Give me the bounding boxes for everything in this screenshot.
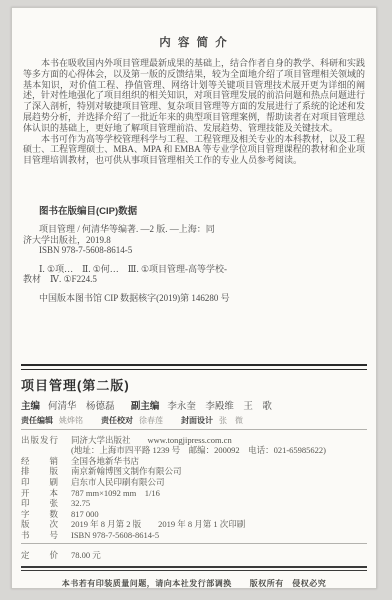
pub-value: 32.75 xyxy=(71,498,90,509)
pub-value: 全国各地新华书店 xyxy=(71,456,139,467)
cip-line: Ⅰ. ①项… Ⅱ. ①何… Ⅲ. ①项目管理-高等学校- xyxy=(23,264,356,275)
intro-paragraph-1: 本书在吸收国内外项目管理最新成果的基础上，结合作者自身的教学、科研和实践等多方面… xyxy=(23,58,365,134)
staff-row: 责任编辑姚烨铭 责任校对徐春莲 封面设计张 微 xyxy=(21,415,376,426)
pub-value: 南京新翰博图文制作有限公司 xyxy=(71,466,182,477)
cip-line: ISBN 978-7-5608-8614-5 xyxy=(23,245,356,256)
staff-label: 封面设计 xyxy=(181,416,213,425)
intro-paragraph-2: 本书可作为高等学校管理科学与工程、工程管理及相关专业的本科教材，以及工程硕士、工… xyxy=(23,134,365,166)
scanned-copyright-page: { "intro": { "title": "内 容 简 介", "paragr… xyxy=(0,0,392,600)
chief-editor-names: 何清华 杨德磊 xyxy=(48,402,115,412)
pub-label: 版次 xyxy=(21,519,58,530)
cip-header: 图书在版编目(CIP)数据 xyxy=(39,203,376,217)
cip-line: 项目管理 / 何清华等编著. —2 版. —上海：同 xyxy=(23,224,356,235)
cip-line: 中国版本图书馆 CIP 数据核字(2019)第 146280 号 xyxy=(23,293,356,304)
staff-name: 徐春莲 xyxy=(139,416,163,425)
pub-label: 开本 xyxy=(21,488,58,499)
pub-label: 出版发行 xyxy=(21,435,58,446)
footer-note: 本书若有印装质量问题，请向本社发行部调换版权所有 侵权必究 xyxy=(12,578,376,589)
pub-label: 字数 xyxy=(21,509,58,520)
chief-editor-label: 主编 xyxy=(21,401,40,412)
pub-row-typesetting: 排版 南京新翰博图文制作有限公司 xyxy=(12,466,376,477)
pub-row-format: 开本 787 mm×1092 mm 1/16 xyxy=(12,488,376,499)
pub-label: 印刷 xyxy=(21,477,58,488)
cip-line: 济大学出版社，2019.8 xyxy=(23,235,356,246)
copyright-note: 版权所有 侵权必究 xyxy=(250,579,327,588)
intro-title: 内 容 简 介 xyxy=(12,34,376,50)
quality-note: 本书若有印装质量问题，请向本社发行部调换 xyxy=(62,579,232,588)
pub-value: 817 000 xyxy=(71,509,99,520)
pub-label: 定价 xyxy=(21,550,58,561)
intro-section: 本书在吸收国内外项目管理最新成果的基础上，结合作者自身的教学、科研和实践等多方面… xyxy=(23,58,365,166)
pub-value: ISBN 978-7-5608-8614-5 xyxy=(71,530,159,541)
pub-label: 书号 xyxy=(21,530,58,541)
publication-info: 出版发行 同济大学出版社 www.tongjipress.com.cn (地址：… xyxy=(12,435,376,541)
price-section: 定价 78.00 元 xyxy=(12,547,376,561)
publisher-address: (地址：上海市四平路 1239 号 邮编：200092 电话：021-65985… xyxy=(71,445,376,456)
pub-row-printing: 印刷 启东市人民印刷有限公司 xyxy=(12,477,376,488)
thin-rule-upper xyxy=(21,429,367,430)
double-rule-top xyxy=(21,364,367,370)
pub-row-publisher: 出版发行 同济大学出版社 www.tongjipress.com.cn xyxy=(12,435,376,446)
staff-label: 责任编辑 xyxy=(21,416,53,425)
pub-row-isbn: 书号 ISBN 978-7-5608-8614-5 xyxy=(12,530,376,541)
staff-label: 责任校对 xyxy=(101,416,133,425)
thin-rule-lower xyxy=(21,543,367,544)
editors-row: 主编何清华 杨德磊 副主编李永奎 李殿维 王 歌 xyxy=(21,398,376,412)
pub-value: 同济大学出版社 www.tongjipress.com.cn xyxy=(71,435,232,446)
pub-label: 印张 xyxy=(21,498,58,509)
book-title: 项目管理(第二版) xyxy=(21,375,376,394)
staff-group: 责任编辑姚烨铭 xyxy=(21,416,83,425)
pub-value: 78.00 元 xyxy=(71,550,101,561)
pub-label: 排版 xyxy=(21,466,58,477)
pub-row-price: 定价 78.00 元 xyxy=(12,550,376,561)
deputy-editor-group: 副主编李永奎 李殿维 王 歌 xyxy=(131,402,272,412)
staff-name: 张 微 xyxy=(219,416,243,425)
double-rule-bottom xyxy=(21,566,367,571)
pub-label: 经销 xyxy=(21,456,58,467)
pub-value: 启东市人民印刷有限公司 xyxy=(71,477,165,488)
staff-name: 姚烨铭 xyxy=(59,416,83,425)
chief-editor-group: 主编何清华 杨德磊 xyxy=(21,402,115,412)
staff-group: 封面设计张 微 xyxy=(181,416,243,425)
deputy-editor-names: 李永奎 李殿维 王 歌 xyxy=(167,402,272,412)
book-copyright-page: 内 容 简 介 本书在吸收国内外项目管理最新成果的基础上，结合作者自身的教学、科… xyxy=(11,7,377,589)
deputy-editor-label: 副主编 xyxy=(131,401,160,412)
cip-line: 教材 Ⅳ. ①F224.5 xyxy=(23,274,356,285)
staff-group: 责任校对徐春莲 xyxy=(101,416,163,425)
pub-row-edition: 版次 2019 年 8 月第 2 版 2019 年 8 月第 1 次印刷 xyxy=(12,519,376,530)
pub-value: 787 mm×1092 mm 1/16 xyxy=(71,488,160,499)
cip-block: 项目管理 / 何清华等编著. —2 版. —上海：同 济大学出版社，2019.8… xyxy=(23,224,356,304)
pub-row-distribution: 经销 全国各地新华书店 xyxy=(12,456,376,467)
pub-row-wordcount: 字数 817 000 xyxy=(12,509,376,520)
pub-row-sheets: 印张 32.75 xyxy=(12,498,376,509)
pub-value: 2019 年 8 月第 2 版 2019 年 8 月第 1 次印刷 xyxy=(71,519,245,530)
